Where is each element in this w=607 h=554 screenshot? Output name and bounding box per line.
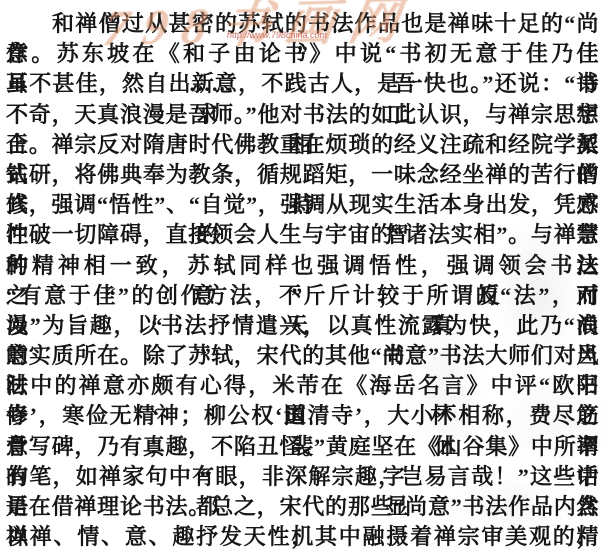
text-line: 不奇，天真浪漫是吾师。”他对书法的如此认识，与禅宗思想正相契: [6, 100, 599, 130]
text-line: 有笔，如禅家句中有眼，非深解宗趣，岂易言哉！”这些话语都显然: [6, 462, 599, 492]
text-line: 意写碑，乃有真趣，不陷丑怪。”黄庭坚在《山谷集》中所谓的“字中: [6, 432, 599, 462]
text-line: 冲破一切障碍，直接领会人生与宇宙的“诸法实相”。与禅宗的这: [6, 220, 599, 250]
text-line: “有意于佳”的创作方法，不斤斤计较于所谓的“法”，而以“天真浪: [6, 281, 599, 311]
body-text: 和禅僧过从甚密的苏轼的书法作品也是禅味十足的“尚意”佳 作。苏东坡在《和子由论书…: [6, 9, 599, 552]
text-line: 漫”为旨趣，以书法抒情遣兴，以真性流露为快，此乃“尚意”书风: [6, 311, 599, 341]
text-line: 钻研，将佛典奉为教条，循规蹈矩，一味念经坐禅的苦行僧修持方: [6, 160, 599, 190]
text-line: 以禅、情、意、趣抒发天性，其中融摄着禅宗审美观的精粹。: [6, 522, 599, 552]
text-line: 的实质所在。除了苏轼，宋代的其他“尚意”书法大师们对当时书: [6, 341, 599, 371]
text-line: 法中的禅意亦颇有心得，米芾在《海岳名言》中评“欧阳修‘道林之: [6, 371, 599, 401]
text-line: 种精神相一致，苏轼同样也强调悟性，强调领会书法之“意”，反对: [6, 251, 599, 281]
text-line: 是在借禅理论书法。总之，宋代的那些“尚意”书法作品内含禅机，: [6, 492, 599, 522]
text-line: 虽不甚佳，然自出新意，不践古人，是一快也。”还说：“诗不求工字: [6, 69, 599, 99]
text-line: 式，强调“悟性”、“自觉”，强调从现实生活本身出发，凭感性的智慧: [6, 190, 599, 220]
scanned-document-page: 798书画网 http://www.798china.com 和禅僧过从甚密的苏…: [0, 0, 607, 554]
text-line: 和禅僧过从甚密的苏轼的书法作品也是禅味十足的“尚意”佳: [6, 9, 599, 39]
text-line: 寺’，寒俭无精神；柳公权‘国清寺’，大小不相称，费尽筋骨；裴休率: [6, 401, 599, 431]
text-line: 合。禅宗反对隋唐时代佛教重在烦琐的经义注疏和经院学派式的: [6, 130, 599, 160]
text-line: 作。苏东坡在《和子由论书》中说“书初无意于佳乃佳耳……吾书: [6, 39, 599, 69]
